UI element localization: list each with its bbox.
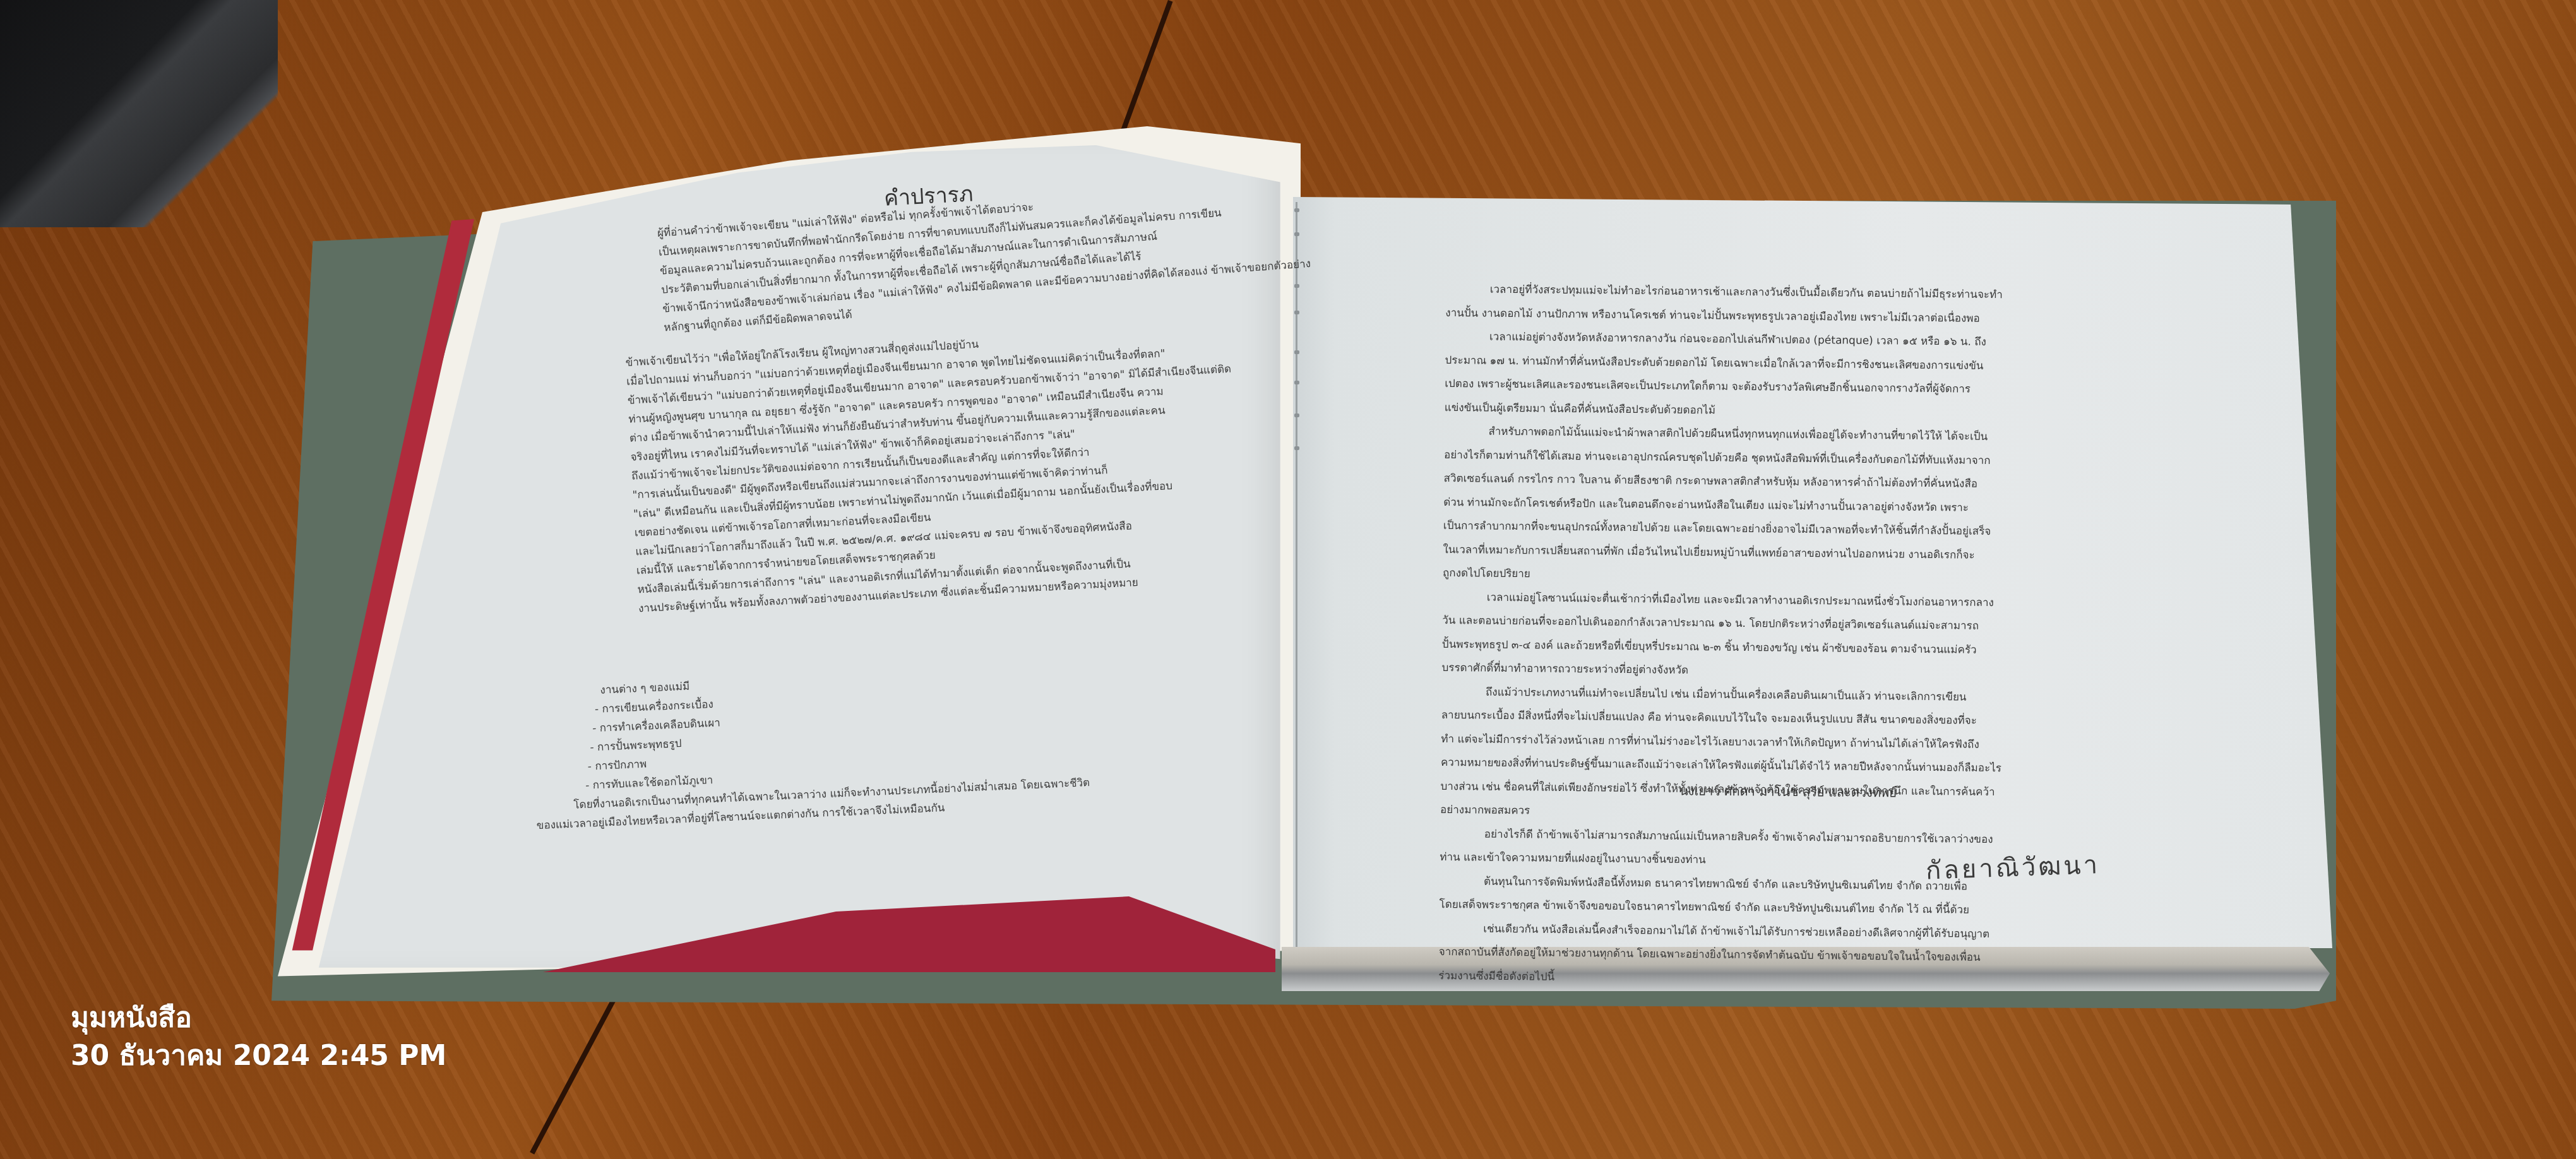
photo-watermark: มุมหนังสือ 30 ธันวาคม 2024 2:45 PM <box>71 999 446 1075</box>
binding-stitch <box>1294 350 1299 354</box>
watermark-timestamp: 30 ธันวาคม 2024 2:45 PM <box>71 1037 446 1075</box>
binding-stitch <box>1294 446 1299 450</box>
binding-stitch <box>1294 381 1299 384</box>
left-page-text: ข้าพเจ้าเขียนไว้ว่า "เพื่อให้อยู่ใกล้โรง… <box>625 322 1243 619</box>
left-page-list: งานต่าง ๆ ของแม่มี - การเขียนเครื่องกระเ… <box>581 660 1091 833</box>
contributor-names: นงเยาว์ ศักดา มาโนช สุรีย์ และดวงทิพย์ <box>1679 780 1897 802</box>
binding-stitch <box>1294 311 1299 314</box>
watermark-label: มุมหนังสือ <box>71 999 446 1037</box>
dark-object-top-left <box>0 0 278 227</box>
signature: กัลยาณิวัฒนา <box>1925 844 2101 891</box>
binding-stitch <box>1294 413 1299 417</box>
